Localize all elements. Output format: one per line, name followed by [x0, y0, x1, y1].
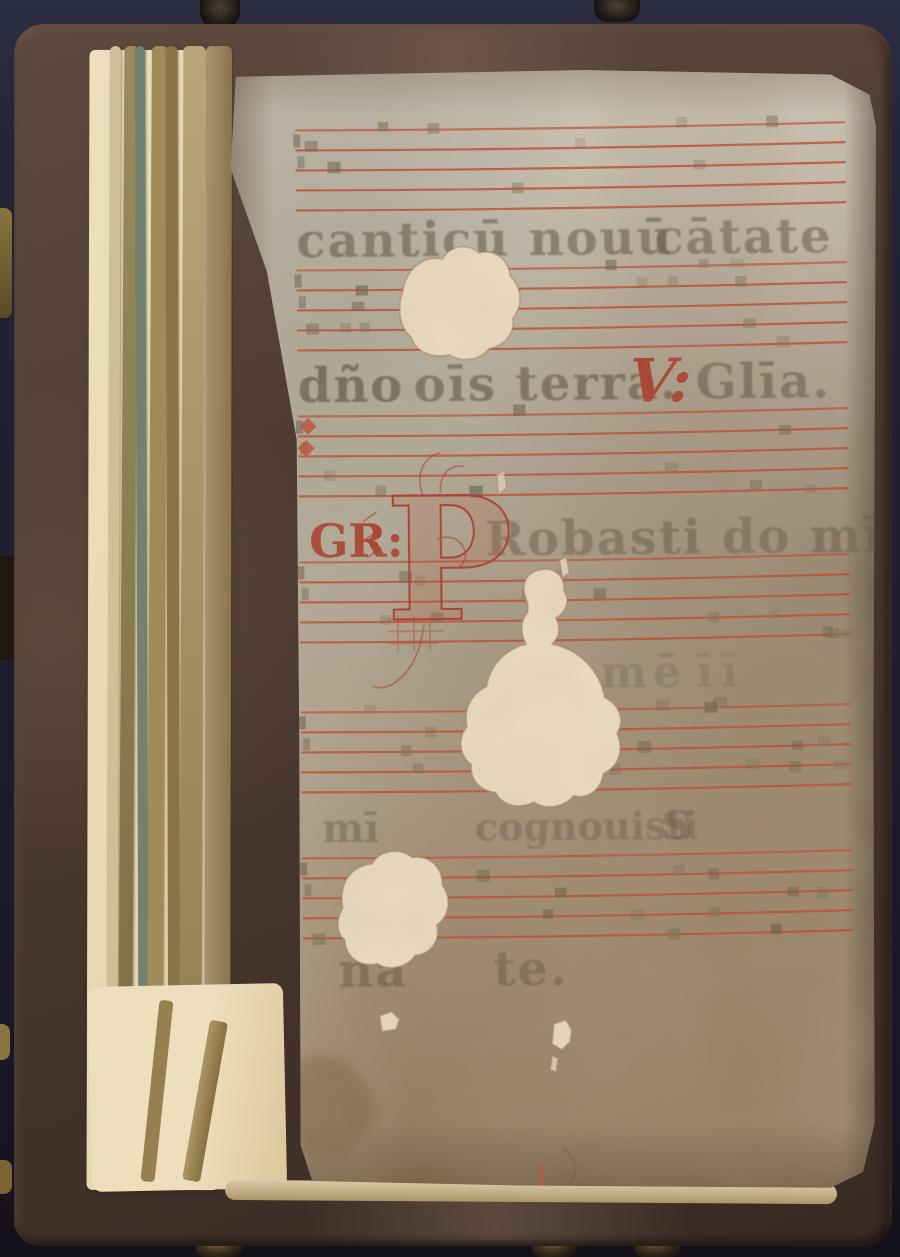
manuscript-page-svg: canticū nouū cātate dño oīs terra. V: Gl…: [228, 70, 876, 1190]
clasp-hardware-left-upper: [0, 208, 12, 318]
binding-boss-top-right: [594, 0, 640, 22]
clasp-hardware-left-corner: [0, 1160, 12, 1194]
photograph-of-manuscript: canticū nouū cātate dño oīs terra. V: Gl…: [0, 0, 900, 1257]
binding-boss-top-left: [200, 0, 240, 27]
parchment-grain: [228, 70, 876, 1190]
clasp-hardware-left-lower: [0, 1024, 10, 1060]
parchment-page: canticū nouū cātate dño oīs terra. V: Gl…: [228, 70, 876, 1190]
